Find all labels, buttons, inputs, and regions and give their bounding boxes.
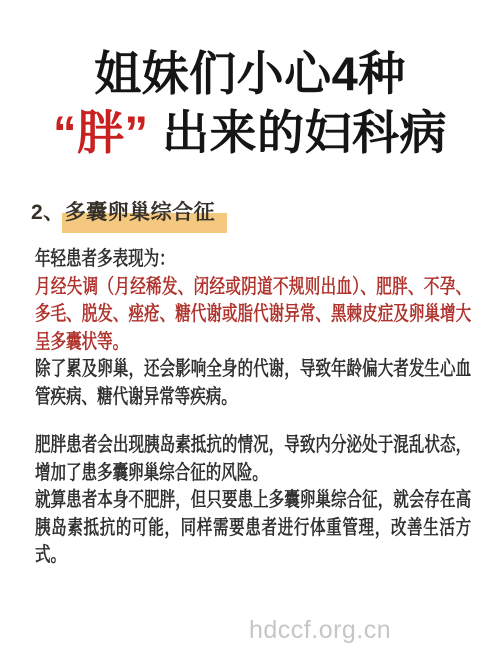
watermark: hdccf.org.cn xyxy=(249,616,391,645)
title-line-1: 姐妹们小心4种 xyxy=(0,44,500,103)
body-text: 年轻患者多表现为：月经失调（月经稀发、闭经或阴道不规则出血）、肥胖、不孕、多毛、… xyxy=(35,246,471,570)
section-number: 2、 xyxy=(31,201,65,224)
title-accent-word: “胖” xyxy=(53,106,149,159)
title-line-2-rest: 出来的妇科病 xyxy=(148,106,447,159)
paragraph: 月经失调（月经稀发、闭经或阴道不规则出血）、肥胖、不孕、多毛、脱发、痤疮、糖代谢… xyxy=(35,274,471,357)
page-title: 姐妹们小心4种 “胖” 出来的妇科病 xyxy=(0,0,500,162)
section-title: 多囊卵巢综合征 xyxy=(65,201,216,224)
title-line-2: “胖” 出来的妇科病 xyxy=(0,103,500,162)
paragraph: 肥胖患者会出现胰岛素抵抗的情况，导致内分泌处于混乱状态，增加了患多囊卵巢综合征的… xyxy=(35,432,471,487)
section-heading: 2、多囊卵巢综合征 xyxy=(31,200,500,226)
paragraph: 除了累及卵巢，还会影响全身的代谢，导致年龄偏大者发生心血管疾病、糖代谢异常等疾病… xyxy=(35,356,471,411)
poster-page: 姐妹们小心4种 “胖” 出来的妇科病 2、多囊卵巢综合征 年轻患者多表现为：月经… xyxy=(0,0,500,668)
paragraph: 就算患者本身不肥胖，但只要患上多囊卵巢综合征，就会存在高胰岛素抵抗的可能，同样需… xyxy=(35,487,471,570)
paragraph: 年轻患者多表现为： xyxy=(35,246,471,274)
